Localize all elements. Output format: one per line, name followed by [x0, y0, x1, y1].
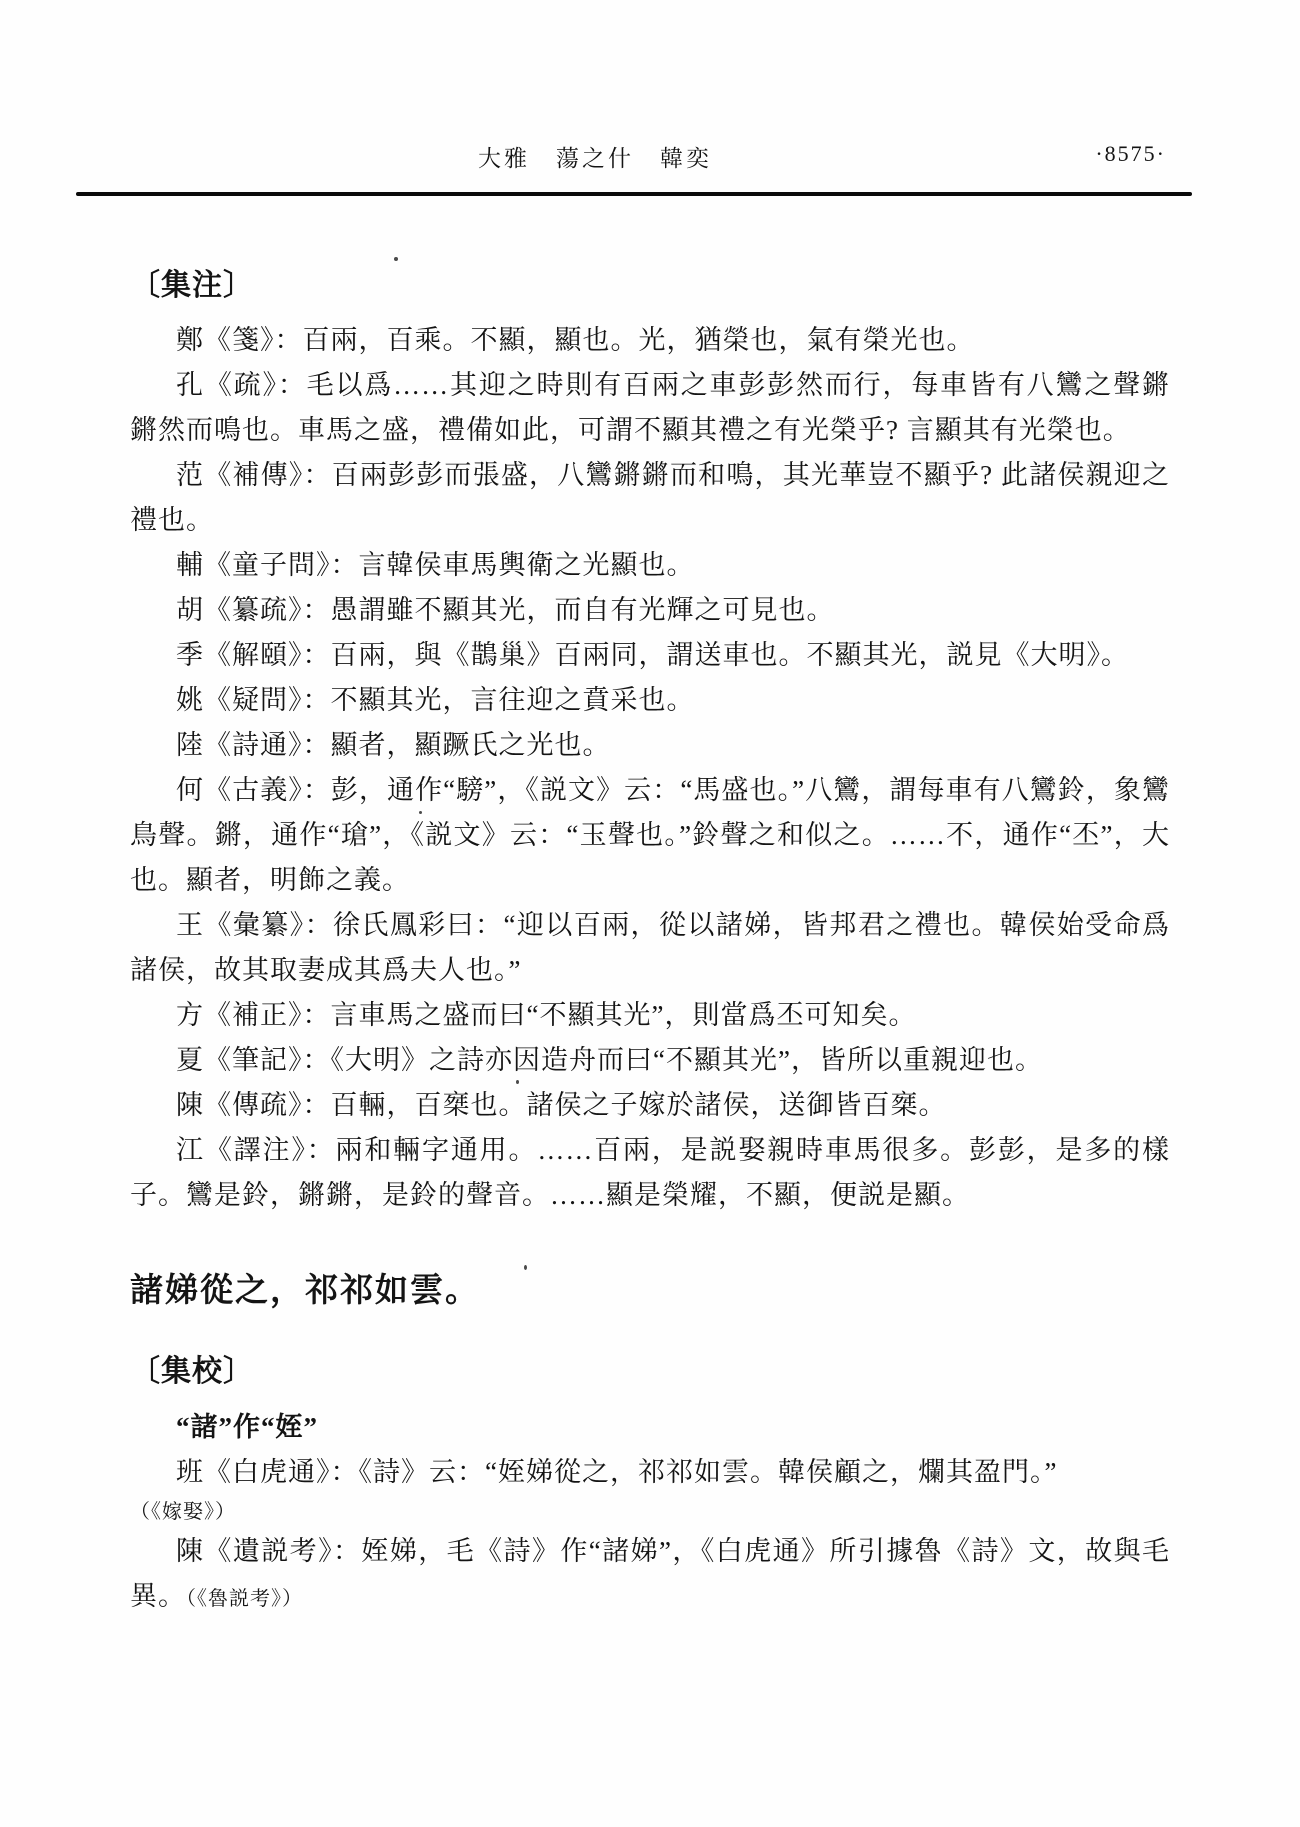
- scan-speck: [524, 1265, 527, 1270]
- annotation-paragraph-chen: 陳《傳疏》：百輛，百椉也。諸侯之子嫁於諸侯，送御皆百椉。: [130, 1083, 1170, 1128]
- source-note-jiaqu: （《嫁娶》）: [130, 1495, 1170, 1529]
- variant-note: “諸”作“姪”: [130, 1410, 1170, 1444]
- annotation-paragraph-zheng: 鄭《箋》：百兩，百乘。不顯，顯也。光，猶榮也，氣有榮光也。: [130, 318, 1170, 363]
- verse-heading: 諸娣從之，祁祁如雲。: [130, 1270, 1170, 1312]
- annotation-paragraph-kong: 孔《疏》：毛以爲……其迎之時則有百兩之車彭彭然而行，每車皆有八鸞之聲鏘鏘然而鳴也…: [130, 363, 1170, 453]
- source-note-lushuokao: （《魯説考》）: [186, 1588, 303, 1610]
- annotation-paragraph-wang: 王《彙纂》：徐氏鳳彩曰：“迎以百兩，從以諸娣，皆邦君之禮也。韓侯始受命爲諸侯，故…: [130, 903, 1170, 993]
- collation-paragraph-chen: 陳《遺説考》：姪娣，毛《詩》作“諸娣”，《白虎通》所引據魯《詩》文，故與毛異。（…: [130, 1529, 1170, 1622]
- scan-speck: [394, 257, 398, 261]
- annotation-paragraph-fu: 輔《童子問》：言韓侯車馬輿衛之光顯也。: [130, 543, 1170, 588]
- annotation-paragraph-yao: 姚《疑問》：不顯其光，言往迎之賁采也。: [130, 678, 1170, 723]
- page-body: 〔集注〕 鄭《箋》：百兩，百乘。不顯，顯也。光，猶榮也，氣有榮光也。 孔《疏》：…: [130, 268, 1170, 1622]
- header-rule: [76, 192, 1192, 196]
- annotation-paragraph-xia: 夏《筆記》：《大明》之詩亦因造舟而曰“不顯其光”，皆所以重親迎也。: [130, 1038, 1170, 1083]
- annotation-paragraph-he: 何《古義》：彭，通作“騯”，《説文》云：“馬盛也。”八鸞，謂每車有八鸞鈴，象鸞鳥…: [130, 768, 1170, 903]
- page-number: ·8575·: [1095, 141, 1166, 167]
- annotation-paragraph-ji: 季《解頤》：百兩，與《鵲巢》百兩同，謂送車也。不顯其光，説見《大明》。: [130, 633, 1170, 678]
- page-header: 大雅 蕩之什 韓奕 ·8575·: [130, 140, 1170, 182]
- running-title: 大雅 蕩之什 韓奕: [75, 140, 1115, 173]
- section-heading-collected-collations: 〔集校〕: [130, 1354, 1170, 1390]
- collation-paragraph-ban: 班《白虎通》：《詩》云：“姪娣從之，祁祁如雲。韓侯顧之，爛其盈門。”: [130, 1450, 1170, 1495]
- scan-speck: [419, 811, 422, 814]
- annotation-paragraph-jiang: 江《譯注》：兩和輛字通用。……百兩，是説娶親時車馬很多。彭彭，是多的樣子。鸞是鈴…: [130, 1128, 1170, 1218]
- section-heading-collected-annotations: 〔集注〕: [130, 268, 1170, 304]
- annotation-paragraph-fang: 方《補正》：言車馬之盛而曰“不顯其光”，則當爲丕可知矣。: [130, 993, 1170, 1038]
- annotation-paragraph-fan: 范《補傳》：百兩彭彭而張盛，八鸞鏘鏘而和鳴，其光華豈不顯乎? 此諸侯親迎之禮也。: [130, 453, 1170, 543]
- book-page: 大雅 蕩之什 韓奕 ·8575· 〔集注〕 鄭《箋》：百兩，百乘。不顯，顯也。光…: [0, 0, 1300, 1827]
- scan-speck: [516, 1080, 519, 1084]
- annotation-paragraph-lu: 陸《詩通》：顯者，顯蹶氏之光也。: [130, 723, 1170, 768]
- annotation-paragraph-hu: 胡《纂疏》：愚謂雖不顯其光，而自有光輝之可見也。: [130, 588, 1170, 633]
